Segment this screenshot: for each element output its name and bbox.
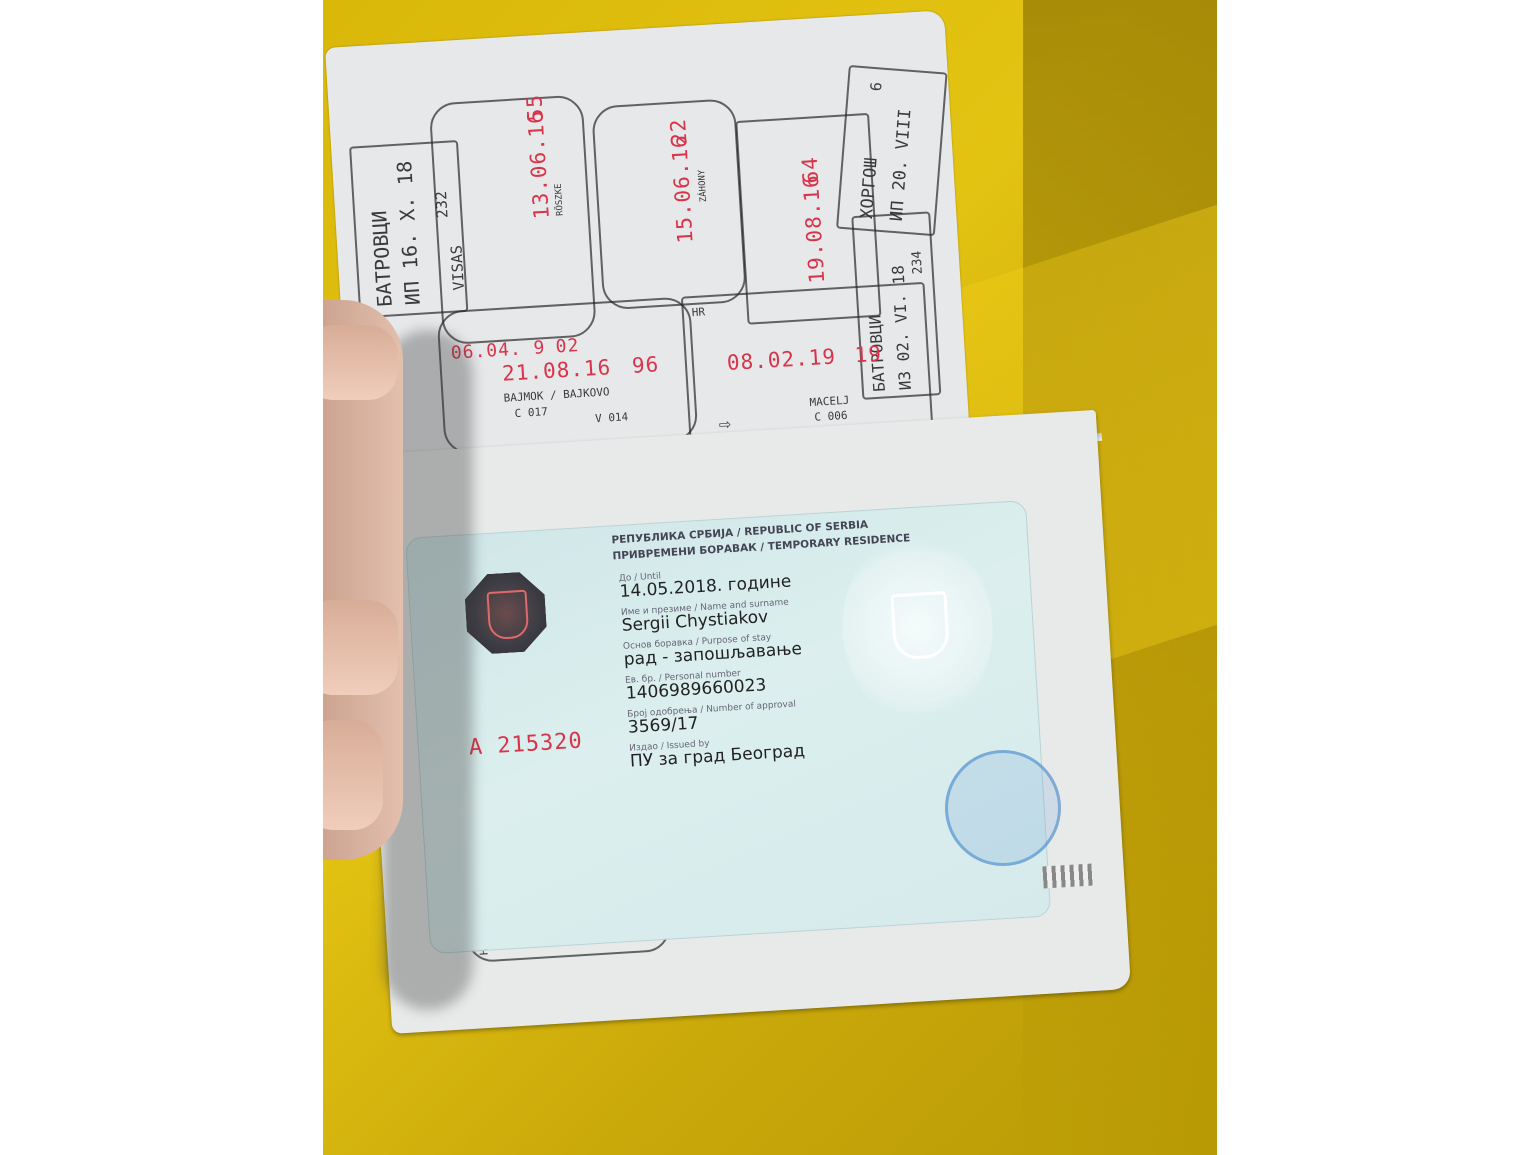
stamp-roszke-lower: 06.04. 9 02 21.08.16 96 BAJMOK / BAJKOVO…: [436, 296, 698, 455]
stamp-code: 64: [798, 156, 824, 185]
stamp-date: ИП 20. VIII: [887, 108, 916, 222]
stamp-date: 19.08.16: [799, 174, 830, 284]
stamp-code: 6: [867, 81, 886, 91]
stamp-horgos: ХОРГОШ ИП 20. VIII 6: [836, 65, 948, 236]
stamp-date: 08.02.19: [726, 344, 836, 375]
stamp-place: RÖSZKE: [554, 183, 566, 216]
thumb: [323, 325, 398, 400]
photo-background: БАТРОВЦИ ИП 16. X. 18 232 VISAS 13.06.16…: [323, 0, 1217, 1155]
stamp-place: БАТРОВЦИ: [367, 210, 397, 308]
stamp-extra: C 017: [514, 405, 548, 420]
permit-serial-number: A 215320: [468, 729, 583, 761]
stamp-code: 55: [522, 93, 548, 122]
blue-official-seal: [945, 750, 1061, 866]
finger: [323, 720, 383, 830]
stamp-code: 02: [555, 335, 580, 357]
residence-permit-sticker: РЕПУБЛИКА СРБИЈА / REPUBLIC OF SERBIA ПР…: [405, 500, 1051, 954]
stamp-extra: C 006: [814, 409, 848, 424]
stamp-place: ХОРГОШ: [857, 157, 882, 220]
stamp-date: 15.06.16: [667, 134, 698, 244]
stamp-date: 13.06.16: [523, 109, 554, 219]
stamp-extra-2: V 014: [595, 410, 629, 425]
stamp-code: 19: [854, 342, 883, 368]
stamp-code-2: 96: [631, 352, 660, 378]
stamp-code: 22: [666, 118, 692, 147]
stamp-place: ZÁHONY: [697, 169, 709, 202]
stamp-place: BAJMOK / BAJKOVO: [503, 385, 610, 404]
country-label: HR: [691, 305, 705, 319]
stamp-date: ИП 16. X. 18: [392, 160, 425, 306]
field-value-approval: 3569/17: [627, 713, 699, 737]
stamp-code: 234: [909, 250, 925, 274]
serbian-eagle-emblem-icon: [837, 528, 998, 727]
finger: [323, 600, 398, 695]
hologram-coat-of-arms-icon: [463, 571, 548, 656]
stamp-zahony: 15.06.16 22 ZÁHONY: [591, 98, 747, 310]
page-barcode: [1042, 863, 1093, 888]
stamp-place: MACELJ: [809, 394, 849, 409]
